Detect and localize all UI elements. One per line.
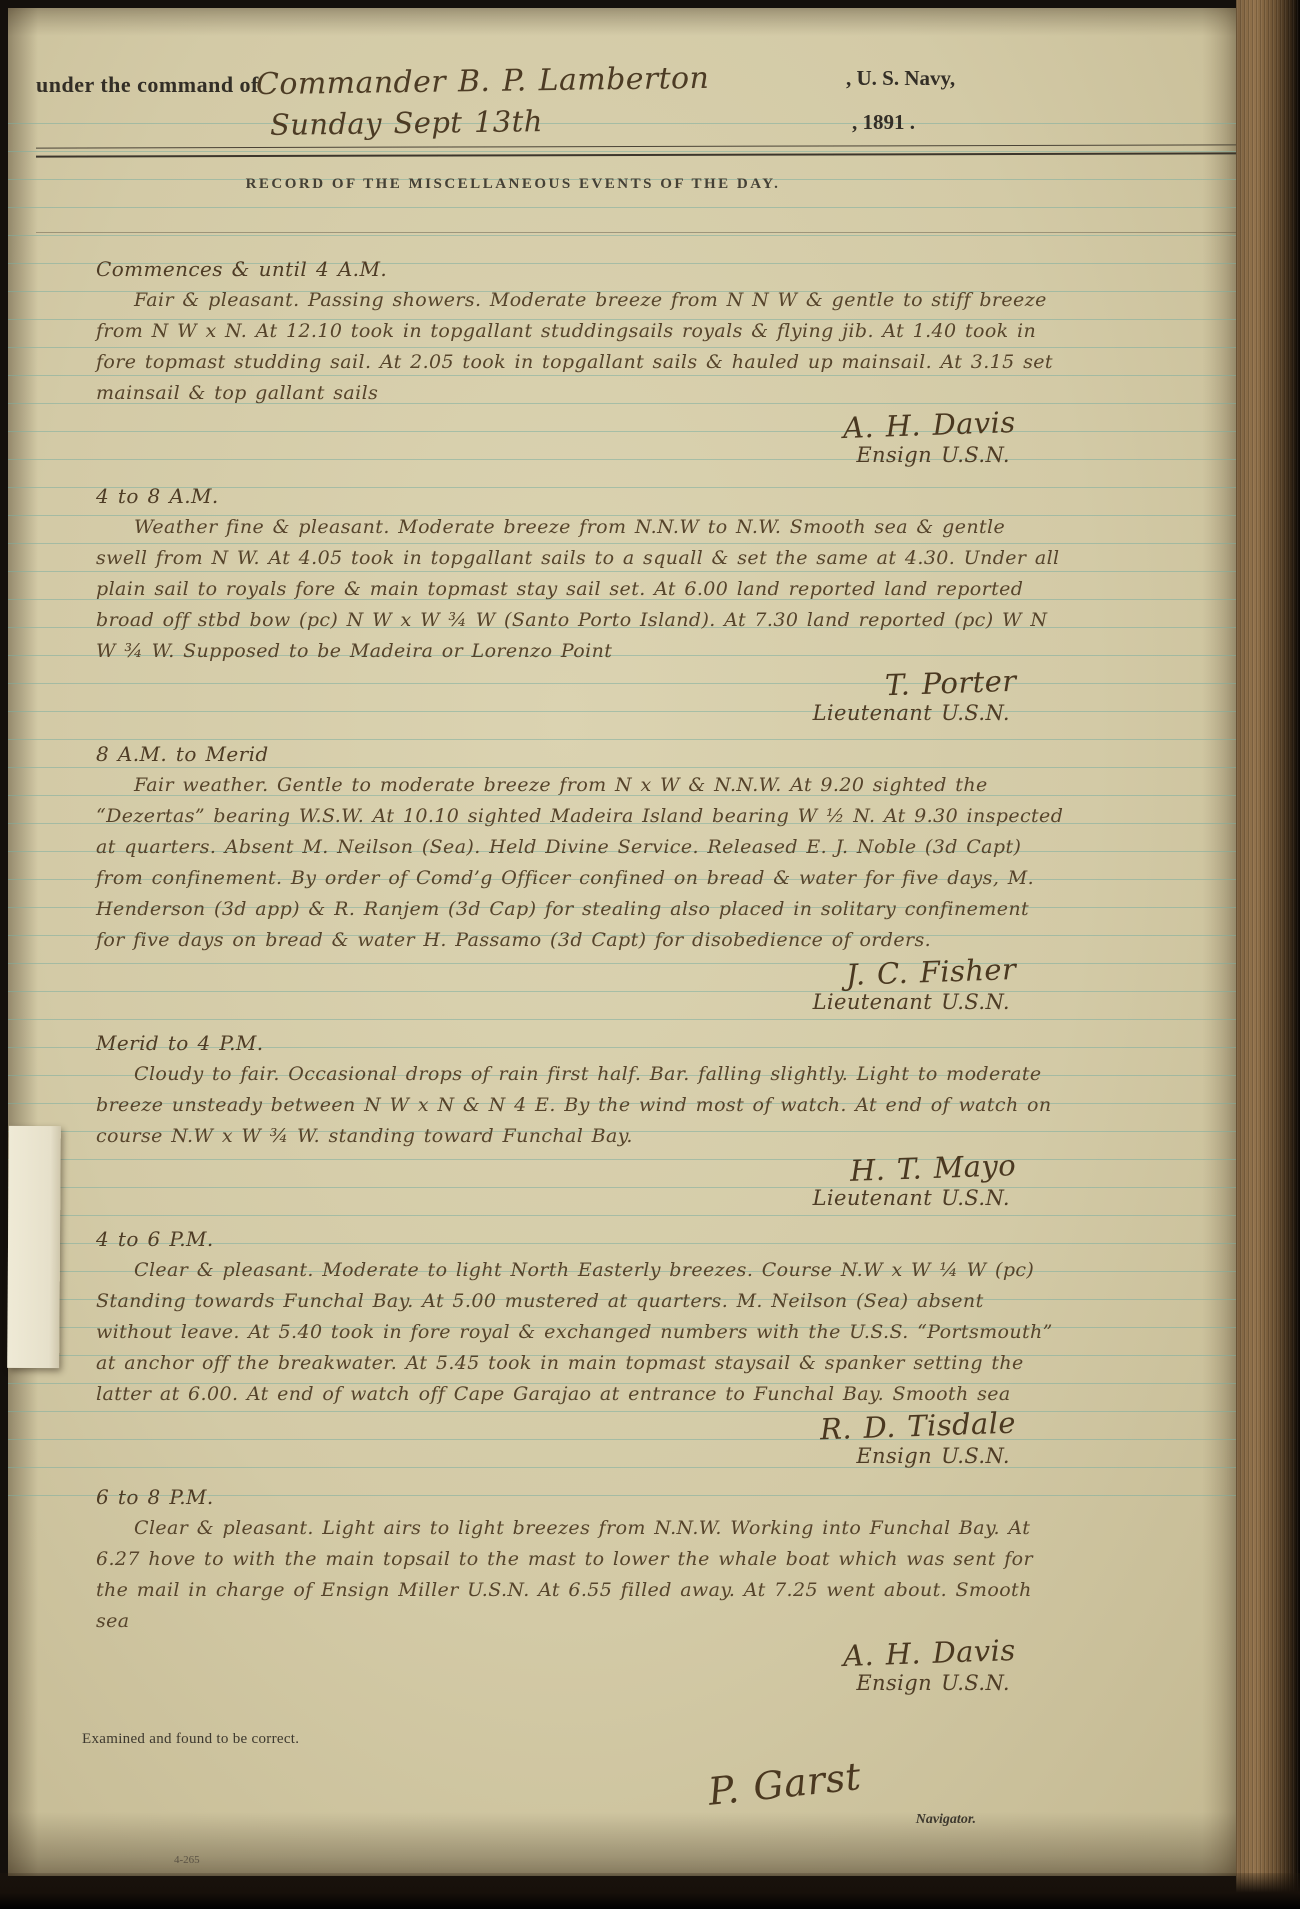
entry-heading: Merid to 4 P.M. — [96, 1028, 1064, 1058]
officer-rank: Lieutenant U.S.N. — [96, 989, 1016, 1016]
printed-command-prefix: under the command of — [36, 72, 259, 98]
officer-rank: Ensign U.S.N. — [96, 442, 1016, 469]
signature-block: T. Porter Lieutenant U.S.N. — [96, 667, 1064, 727]
paper-slip-bookmark — [7, 1126, 61, 1368]
photo-bottom-shadow — [0, 1873, 1300, 1909]
log-entry-4-to-6pm: 4 to 6 P.M. Clear & pleasant. Moderate t… — [96, 1224, 1064, 1470]
date-handwritten: Sunday Sept 13th — [270, 104, 543, 142]
certification-footer: Examined and found to be correct. P. Gar… — [96, 1731, 1064, 1866]
book-page-edges — [1236, 0, 1300, 1909]
header-double-rule — [36, 144, 1236, 157]
signature-block: A. H. Davis Ensign U.S.N. — [96, 409, 1064, 469]
logbook-page: under the command of Commander B. P. Lam… — [8, 8, 1244, 1876]
signature-block: H. T. Mayo Lieutenant U.S.N. — [96, 1152, 1064, 1212]
navigator-label: Navigator. — [96, 1812, 976, 1828]
log-entries: Commences & until 4 A.M. Fair & pleasant… — [96, 254, 1064, 1866]
officer-rank: Ensign U.S.N. — [96, 1443, 1016, 1470]
officer-rank: Lieutenant U.S.N. — [96, 1185, 1016, 1212]
examined-statement: Examined and found to be correct. — [82, 1731, 1064, 1748]
log-entry-6-to-8pm: 6 to 8 P.M. Clear & pleasant. Light airs… — [96, 1482, 1064, 1697]
signature-block: J. C. Fisher Lieutenant U.S.N. — [96, 956, 1064, 1016]
entry-heading: 4 to 6 P.M. — [96, 1224, 1064, 1254]
entry-body: Weather fine & pleasant. Moderate breeze… — [96, 512, 1064, 667]
entry-heading: Commences & until 4 A.M. — [96, 254, 1064, 284]
section-title: RECORD OF THE MISCELLANEOUS EVENTS OF TH… — [8, 176, 1018, 193]
officer-signature: A. H. Davis — [843, 406, 1017, 445]
printed-year: , 1891 . — [852, 110, 915, 135]
entry-heading: 4 to 8 A.M. — [96, 481, 1064, 511]
entry-body: Clear & pleasant. Light airs to light br… — [96, 1513, 1064, 1637]
entry-heading: 8 A.M. to Merid — [96, 739, 1064, 769]
commander-name-handwritten: Commander B. P. Lamberton — [256, 61, 710, 102]
entry-heading: 6 to 8 P.M. — [96, 1482, 1064, 1512]
officer-signature: R. D. Tisdale — [820, 1407, 1017, 1447]
officer-signature: A. H. Davis — [843, 1634, 1017, 1673]
signature-block: A. H. Davis Ensign U.S.N. — [96, 1637, 1064, 1697]
header-thin-rule — [36, 232, 1240, 233]
entry-body: Clear & pleasant. Moderate to light Nort… — [96, 1255, 1064, 1410]
entry-body: Fair & pleasant. Passing showers. Modera… — [96, 285, 1064, 409]
officer-signature: J. C. Fisher — [845, 953, 1016, 992]
log-entry-4-to-8am: 4 to 8 A.M. Weather fine & pleasant. Mod… — [96, 481, 1064, 727]
log-entry-commences-to-4am: Commences & until 4 A.M. Fair & pleasant… — [96, 254, 1064, 469]
entry-body: Fair weather. Gentle to moderate breeze … — [96, 770, 1064, 956]
entry-body: Cloudy to fair. Occasional drops of rain… — [96, 1059, 1064, 1152]
officer-signature: T. Porter — [884, 665, 1017, 703]
officer-rank: Ensign U.S.N. — [96, 1670, 1016, 1697]
navigator-signature: P. Garst — [706, 1754, 863, 1814]
log-entry-merid-to-4pm: Merid to 4 P.M. Cloudy to fair. Occasion… — [96, 1028, 1064, 1212]
officer-rank: Lieutenant U.S.N. — [96, 700, 1016, 727]
log-entry-8am-to-merid: 8 A.M. to Merid Fair weather. Gentle to … — [96, 739, 1064, 1016]
officer-signature: H. T. Mayo — [849, 1149, 1016, 1188]
form-number: 4-265 — [174, 1854, 1064, 1866]
printed-us-navy: , U. S. Navy, — [846, 66, 955, 91]
signature-block: R. D. Tisdale Ensign U.S.N. — [96, 1410, 1064, 1470]
